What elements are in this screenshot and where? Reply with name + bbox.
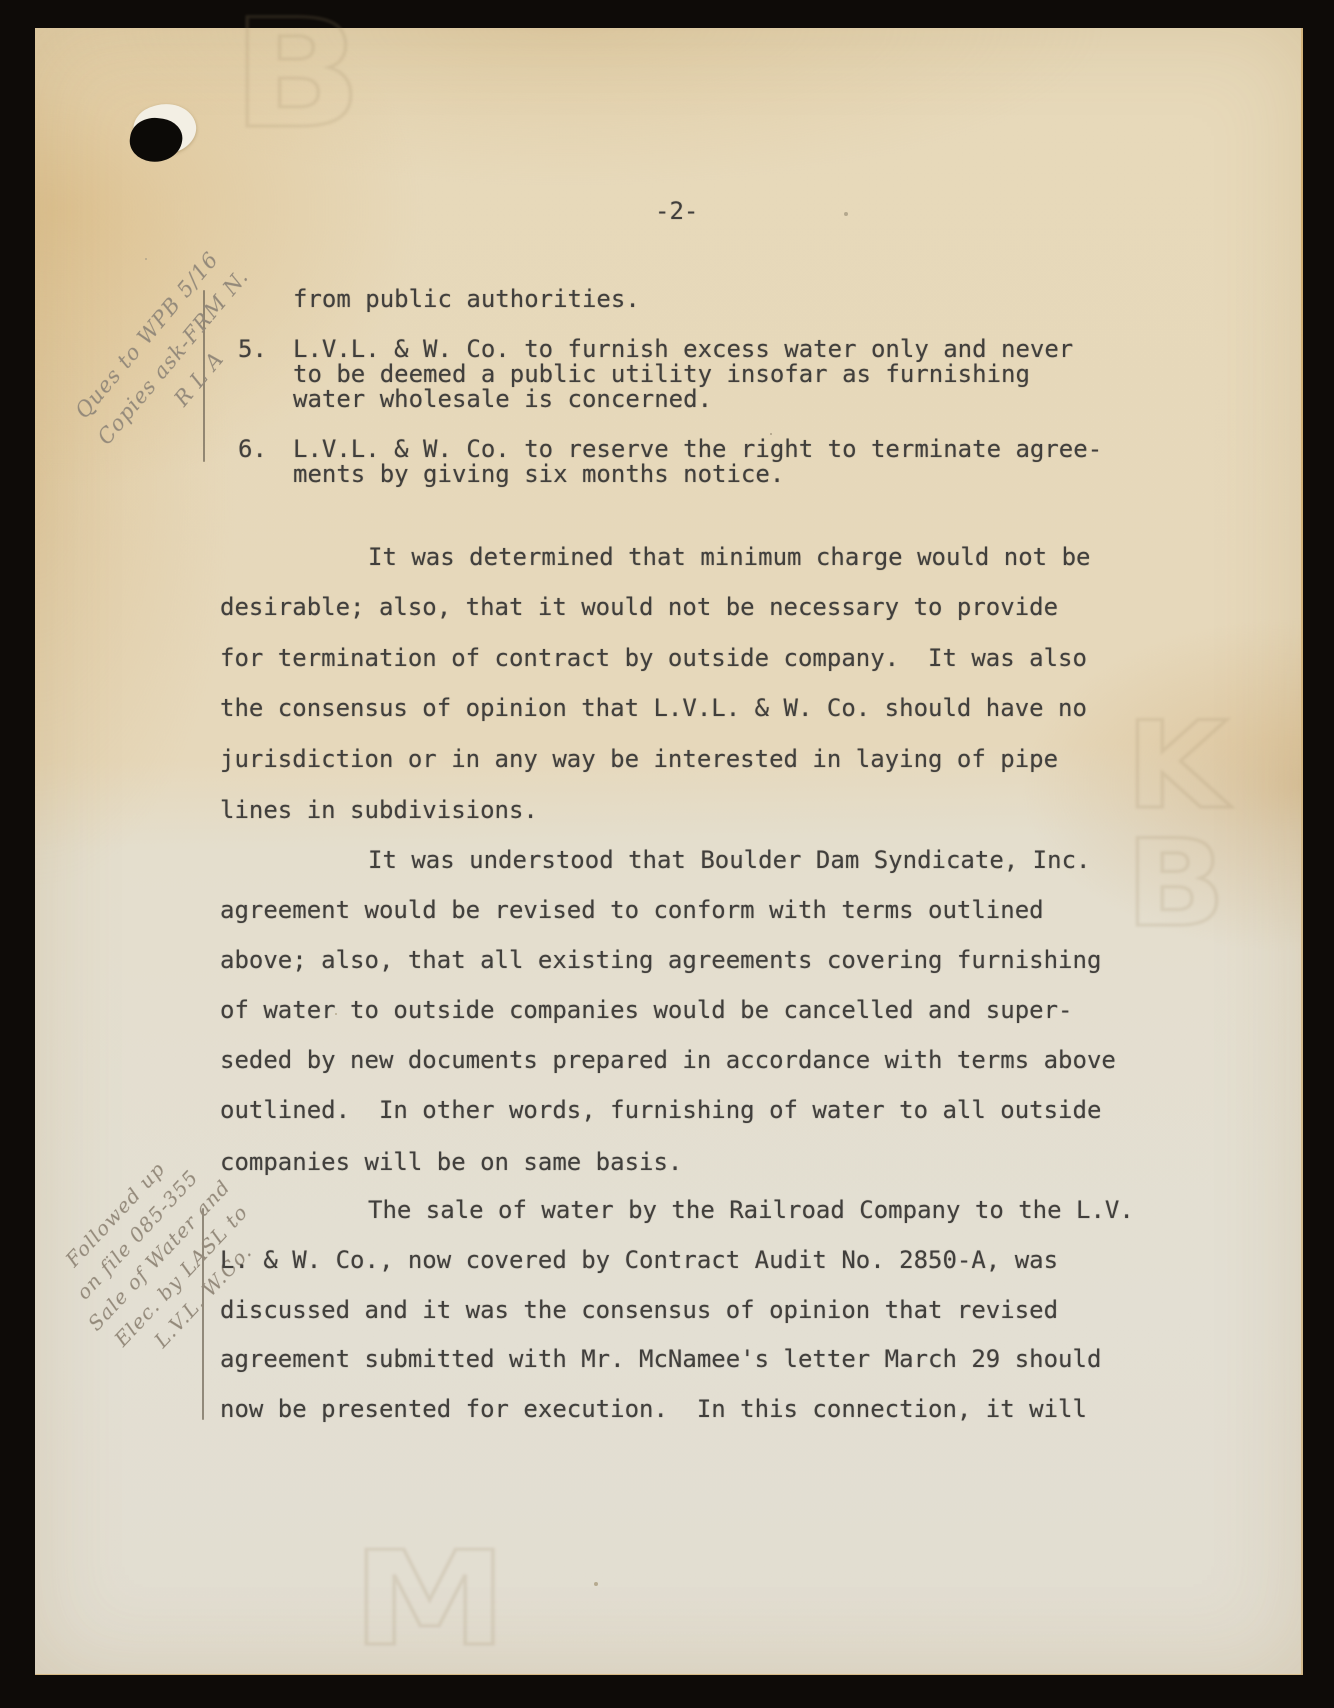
typed-line: companies will be on same basis. [220,1149,682,1175]
typed-line: now be presented for execution. In this … [220,1396,1087,1422]
typed-line: above; also, that all existing agreement… [220,947,1101,973]
typed-line: The sale of water by the Railroad Compan… [368,1197,1134,1223]
typed-line: of water to outside companies would be c… [220,997,1073,1023]
typed-line: to be deemed a public utility insofar as… [293,361,1030,387]
typed-line: agreement would be revised to conform wi… [220,897,1044,923]
typed-line: seded by new documents prepared in accor… [220,1047,1116,1073]
typed-line: outlined. In other words, furnishing of … [220,1097,1101,1123]
typed-line: for termination of contract by outside c… [220,645,1087,671]
typed-line: the consensus of opinion that L.V.L. & W… [220,695,1087,721]
ghost-letter: M [352,1523,507,1675]
typed-line: from public authorities. [293,286,640,312]
typed-line: L.V.L. & W. Co. to reserve the right to … [293,436,1102,462]
list-item-number: 6. [238,436,267,462]
typed-line: L. & W. Co., now covered by Contract Aud… [220,1247,1058,1273]
document-page: B K B M Ques to WPB 5/16 Copies ask-FRM … [35,28,1303,1675]
typed-line: discussed and it was the consensus of op… [220,1297,1058,1323]
typed-line: jurisdiction or in any way be interested… [220,746,1058,772]
typed-line: L.V.L. & W. Co. to furnish excess water … [293,336,1073,362]
page-number: -2- [655,198,698,224]
list-item-number: 5. [238,336,267,362]
ghost-letter: B [231,0,362,162]
punch-hole-tear [128,104,200,168]
ghost-letter: K B [1125,708,1227,944]
paper-specks [35,28,37,30]
scanned-document-photo: B K B M Ques to WPB 5/16 Copies ask-FRM … [0,0,1334,1708]
typed-line: agreement submitted with Mr. McNamee's l… [220,1346,1101,1372]
typed-line: ments by giving six months notice. [293,461,784,487]
typed-line: lines in subdivisions. [220,797,538,823]
typed-line: It was understood that Boulder Dam Syndi… [368,847,1090,873]
typed-line: It was determined that minimum charge wo… [368,544,1090,570]
handwritten-note-top: Ques to WPB 5/16 Copies ask-FRM N. R L A [38,209,309,504]
typed-line: desirable; also, that it would not be ne… [220,594,1058,620]
typed-line: water wholesale is concerned. [293,386,712,412]
